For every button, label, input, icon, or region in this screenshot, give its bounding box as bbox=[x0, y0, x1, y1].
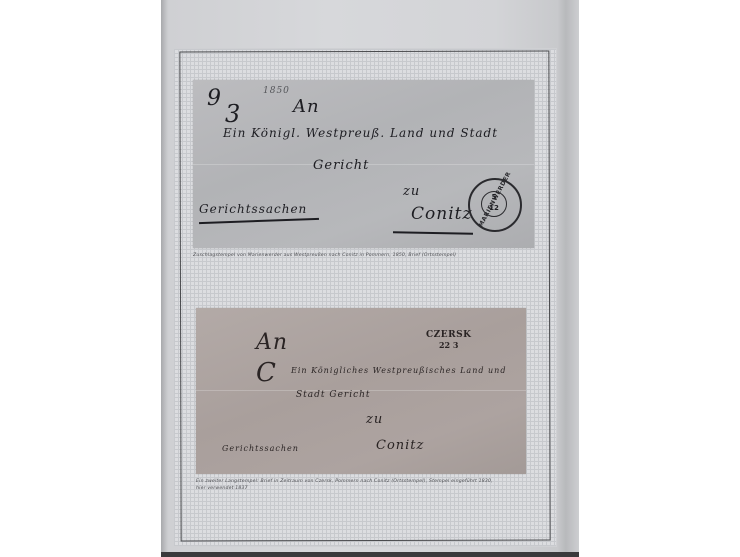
sender-underline bbox=[199, 218, 319, 224]
postmark-day: 5 bbox=[492, 193, 497, 201]
postmark-month: 12 bbox=[489, 204, 499, 212]
postmark-marienwerder: MARIENWERDER 5 12 bbox=[468, 178, 522, 232]
postmark-date: 22 3 bbox=[426, 340, 471, 350]
caption-2-line-1: Ein zweiter Langstempel: Brief in Zeitra… bbox=[196, 478, 493, 485]
pencil-year: 1850 bbox=[263, 86, 290, 96]
sleeve-edge-left bbox=[161, 0, 167, 557]
postmark-date: 5 12 bbox=[481, 191, 507, 217]
cover-marienwerder: 9 1850 3 An Ein Königl. Westpreuß. Land … bbox=[193, 80, 534, 248]
address-line-2: Ein Königliches Westpreußisches Land und bbox=[291, 366, 506, 375]
address-line-4: zu bbox=[403, 184, 420, 199]
rate-numeral: 3 bbox=[225, 100, 241, 128]
address-line-2: Ein Königl. Westpreuß. Land und Stadt bbox=[223, 126, 498, 140]
caption-cover-2: Ein zweiter Langstempel: Brief in Zeitra… bbox=[196, 478, 493, 492]
docket-number: 9 bbox=[207, 86, 222, 111]
address-line-1: An bbox=[293, 96, 320, 117]
cover-czersk: An C Ein Königliches Westpreußisches Lan… bbox=[196, 308, 526, 474]
address-line-4: zu bbox=[366, 412, 383, 427]
address-line-3: Stadt Gericht bbox=[296, 390, 371, 400]
caption-cover-1: Zuschlagstempel von Marienwerder aus Wes… bbox=[193, 253, 456, 258]
address-initial: C bbox=[256, 358, 277, 388]
album-page: 9 1850 3 An Ein Königl. Westpreuß. Land … bbox=[173, 48, 557, 547]
address-line-3: Gericht bbox=[313, 158, 369, 173]
postmark-town: CZERSK bbox=[426, 330, 471, 340]
postmark-czersk: CZERSK 22 3 bbox=[426, 330, 471, 350]
address-line-5: Conitz bbox=[376, 438, 424, 453]
sleeve-bottom-edge bbox=[161, 552, 579, 557]
album-photo: 9 1850 3 An Ein Königl. Westpreuß. Land … bbox=[161, 0, 579, 557]
address-line-1: An bbox=[256, 330, 288, 355]
sleeve-edge-right bbox=[557, 0, 579, 557]
sender-note: Gerichtssachen bbox=[199, 202, 307, 216]
address-underline bbox=[393, 231, 473, 234]
caption-2-line-2: hier verwendet 1837 bbox=[196, 485, 493, 492]
sender-note: Gerichtssachen bbox=[222, 444, 299, 453]
address-line-5: Conitz bbox=[411, 204, 472, 224]
